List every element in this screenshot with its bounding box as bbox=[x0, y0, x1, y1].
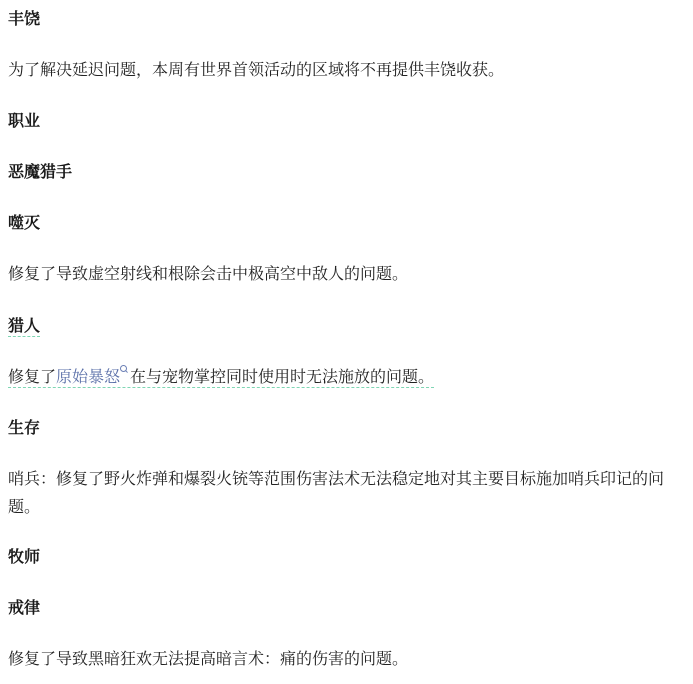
paragraph-survival: 哨兵：修复了野火炸弹和爆裂火铳等范围伤害法术无法稳定地对其主要目标施加哨兵印记的… bbox=[8, 465, 688, 521]
heading-hunter-label: 猎人 bbox=[8, 316, 40, 337]
text-prefix: 修复了 bbox=[8, 367, 56, 386]
paragraph-hunter: 修复了原始暴怒在与宠物掌控同时使用时无法施放的问题。 bbox=[8, 364, 434, 390]
paragraph-havoc: 修复了导致虚空射线和根除会击中极高空中敌人的问题。 bbox=[8, 261, 408, 287]
text-suffix: 在与宠物掌控同时使用时无法施放的问题。 bbox=[130, 367, 434, 386]
heading-survival: 生存 bbox=[8, 415, 40, 441]
heading-demon-hunter: 恶魔猎手 bbox=[8, 159, 72, 185]
patch-notes-document: 丰饶 为了解决延迟问题，本周有世界首领活动的区域将不再提供丰饶收获。 职业 恶魔… bbox=[0, 0, 693, 684]
paragraph-hunter-text: 修复了原始暴怒在与宠物掌控同时使用时无法施放的问题。 bbox=[8, 367, 434, 388]
heading-abundance: 丰饶 bbox=[8, 6, 40, 32]
heading-hunter: 猎人 bbox=[8, 313, 40, 339]
heading-havoc: 噬灭 bbox=[8, 210, 40, 236]
heading-classes: 职业 bbox=[8, 108, 40, 134]
spell-link-primal-rage[interactable]: 原始暴怒 bbox=[56, 367, 120, 386]
heading-discipline: 戒律 bbox=[8, 595, 40, 621]
paragraph-discipline: 修复了导致黑暗狂欢无法提高暗言术：痛的伤害的问题。 bbox=[8, 646, 408, 672]
heading-priest: 牧师 bbox=[8, 544, 40, 570]
paragraph-abundance: 为了解决延迟问题，本周有世界首领活动的区域将不再提供丰饶收获。 bbox=[8, 57, 504, 83]
search-icon[interactable] bbox=[120, 365, 128, 373]
